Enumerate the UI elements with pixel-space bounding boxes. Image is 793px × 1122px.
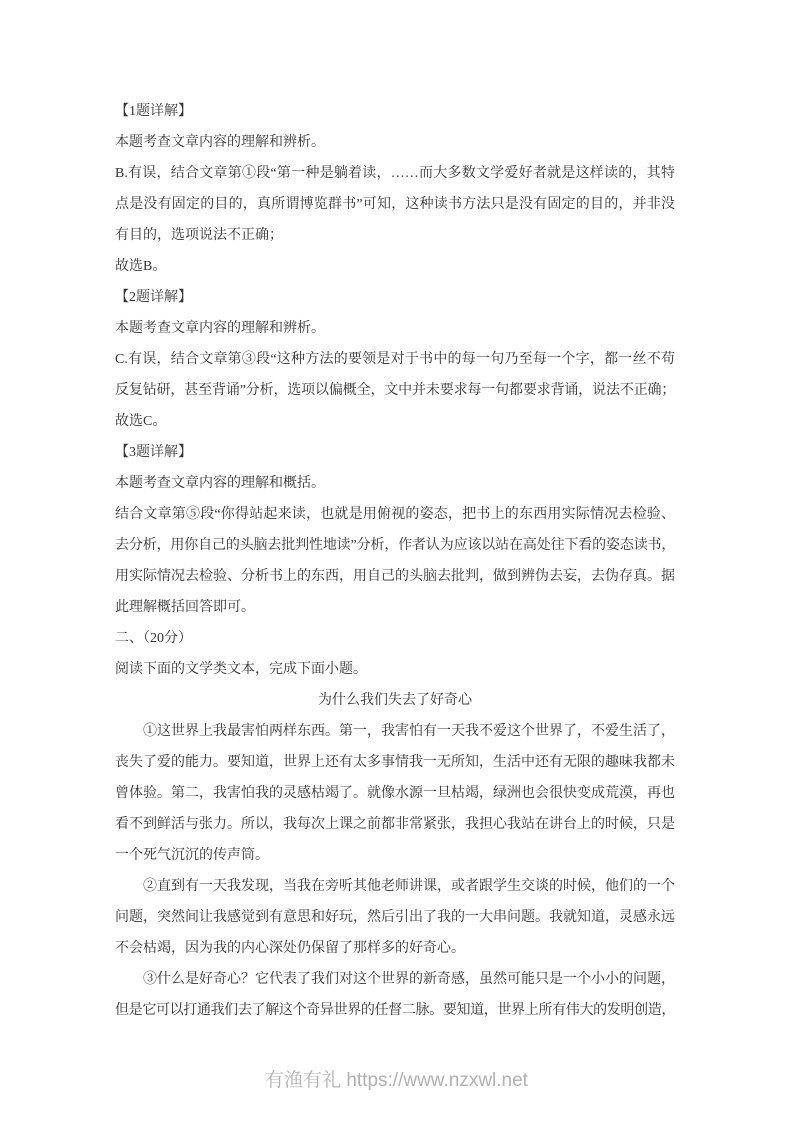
text-line: 一个死气沉沉的传声筒。 (115, 840, 675, 871)
text-line: 点是没有固定的目的，真所谓博览群书”可知，这种读书方法只是没有固定的目的，并非没 (115, 189, 675, 220)
document-body: 【1题详解】本题考查文章内容的理解和辨析。B.有误，结合文章第①段“第一种是躺着… (115, 96, 675, 1026)
text-line: 故选B。 (115, 251, 675, 282)
text-line: ①这世界上我最害怕两样东西。第一，我害怕有一天我不爱这个世界了，不爱生活了， (115, 716, 675, 747)
text-line: 本题考查文章内容的理解和辨析。 (115, 127, 675, 158)
text-line: 二、（20分） (115, 623, 675, 654)
text-line: 但是它可以打通我们去了解这个奇异世界的任督二脉。要知道，世界上所有伟大的发明创造… (115, 995, 675, 1026)
text-line: 问题，突然间让我感觉到有意思和好玩，然后引出了我的一大串问题。我就知道，灵感永远 (115, 902, 675, 933)
text-line: 此理解概括回答即可。 (115, 592, 675, 623)
text-line: 反复钻研，甚至背诵”分析，选项以偏概全，文中并未要求每一句都要求背诵，说法不正确… (115, 375, 675, 406)
text-line: 有目的，选项说法不正确； (115, 220, 675, 251)
text-line: 用实际情况去检验、分析书上的东西，用自己的头脑去批判，做到辨伪去妄，去伪存真。据 (115, 561, 675, 592)
text-line: 【1题详解】 (115, 96, 675, 127)
text-line: 阅读下面的文学类文本，完成下面小题。 (115, 654, 675, 685)
watermark-footer: 有渔有礼 https://www.nzxwl.net (0, 1068, 793, 1094)
text-line: 本题考查文章内容的理解和概括。 (115, 468, 675, 499)
text-line: 故选C。 (115, 406, 675, 437)
text-line: ②直到有一天我发现，当我在旁听其他老师讲课，或者跟学生交谈的时候，他们的一个 (115, 871, 675, 902)
text-line: 曾体验。第二，我害怕我的灵感枯竭了。就像水源一旦枯竭，绿洲也会很快变成荒漠，再也 (115, 778, 675, 809)
watermark-text: 有渔有礼 https://www.nzxwl.net (265, 1070, 528, 1091)
text-line: 不会枯竭，因为我的内心深处仍保留了那样多的好奇心。 (115, 933, 675, 964)
text-line: B.有误，结合文章第①段“第一种是躺着读，……而大多数文学爱好者就是这样读的，其… (115, 158, 675, 189)
text-line: 【2题详解】 (115, 282, 675, 313)
text-line: 去分析，用你自己的头脑去批判性地读”分析，作者认为应该以站在高处往下看的姿态读书… (115, 530, 675, 561)
text-line: C.有误，结合文章第③段“这种方法的要领是对于书中的每一句乃至每一个字，都一丝不… (115, 344, 675, 375)
text-line: 结合文章第⑤段“你得站起来读，也就是用俯视的姿态，把书上的东西用实际情况去检验、 (115, 499, 675, 530)
text-line: ③什么是好奇心？它代表了我们对这个世界的新奇感，虽然可能只是一个小小的问题， (115, 964, 675, 995)
text-line: 【3题详解】 (115, 437, 675, 468)
text-line: 丧失了爱的能力。要知道，世界上还有太多事情我一无所知，生活中还有无限的趣味我都未 (115, 747, 675, 778)
text-line: 为什么我们失去了好奇心 (115, 685, 675, 716)
text-line: 看不到鲜活与张力。所以，我每次上课之前都非常紧张，我担心我站在讲台上的时候，只是 (115, 809, 675, 840)
document-page: 【1题详解】本题考查文章内容的理解和辨析。B.有误，结合文章第①段“第一种是躺着… (0, 0, 793, 1122)
text-line: 本题考查文章内容的理解和辨析。 (115, 313, 675, 344)
